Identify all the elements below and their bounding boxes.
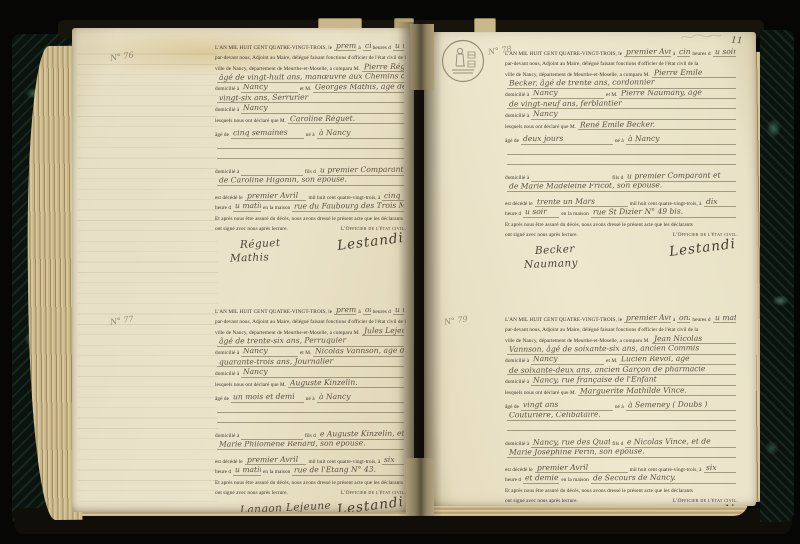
ruled-line: quarante-trois ans, Journalier [217, 358, 404, 367]
ruled-line [217, 158, 404, 159]
book-cover-right-marbled [760, 30, 794, 522]
hw-filiation-2: Marie Philomène Renard, son épouse. [217, 441, 368, 450]
right-page-entries: N° 78 L'AN MIL HUIT CENT QUATRE-VINGT-TR… [424, 32, 756, 506]
hw-declarant1-domicile: Nancy [241, 348, 270, 357]
hw-declarant2-domicile: Nancy [241, 368, 270, 377]
hw-meridiem: u matin [713, 314, 736, 323]
ruled-line [507, 164, 736, 165]
hw-deceased-name: Auguste Kinzelin. [288, 379, 360, 388]
ruled-line: vingt-six ans, Serrurier [217, 94, 404, 103]
printed-text: ont signé avec nous après lecture. [215, 490, 288, 498]
hw-death-date: premier Avril [535, 464, 590, 473]
printed-text: en la maison [263, 205, 290, 213]
printed-text: par-devant nous, Adjoint au Maire, délég… [505, 327, 698, 335]
ruled-line [507, 430, 736, 431]
signatures-block: Réguet Mathis Lestandi [215, 237, 406, 271]
hw-meridiem: u soir [713, 48, 736, 57]
printed-text: et M. [606, 92, 617, 100]
hw-death-date: premier Avril [245, 192, 300, 201]
hw-death-date: trente un Mars [535, 198, 597, 207]
hw-deceased-age: cinq semaines [231, 129, 290, 138]
printed-text: Et après nous être assuré du décès, nous… [505, 222, 693, 230]
hw-filiation-1: u premier Comparant, et [318, 166, 404, 175]
hw-deceased-age: vingt ans [521, 401, 560, 410]
signatures-block: Langon Lejeune Lestandi [215, 501, 406, 512]
hw-declarant2-name: Georges Mathis, âgé de [313, 84, 404, 93]
printed-text: par-devant nous, Adjoint au Maire, délég… [215, 319, 406, 327]
ruled-line [217, 412, 404, 413]
printed-text: lesquels nous ont déclaré que M. [215, 382, 286, 390]
hw-declarant2-details: vingt-six ans, Serrurier [217, 94, 310, 103]
printed-text: domicilié à [505, 92, 529, 100]
ruled-line: de Marie Madeleine Fricot, son épouse. [507, 183, 736, 192]
hw-declarant1-details: Becker, âgé de trente ans, cordonnier [507, 79, 657, 88]
printed-text: heure d [215, 469, 231, 477]
left-page-entries: N° 76 L'AN MIL HUIT CENT QUATRE-VINGT-TR… [72, 28, 414, 512]
ruled-line: âgé de trente-six ans, Perruquier [217, 337, 404, 346]
printed-text: lesquels nous ont déclaré que M. [505, 124, 576, 132]
hw-declarant2-name: Nicolas Vannson, âgé de [313, 348, 404, 357]
hw-birthplace: à Semeney ( Doubs ) [626, 401, 710, 410]
hw-death-meridiem: u soir [523, 208, 549, 217]
hw-hour: onze [363, 306, 371, 314]
printed-text: domicilié à [505, 113, 529, 121]
printed-text: domicilié à [505, 175, 529, 183]
printed-text: domicilié à [215, 371, 239, 379]
printed-text: domicilié à [505, 379, 529, 387]
hw-declarant2-details: de soixante-deux ans, ancien Garçon de p… [507, 366, 707, 375]
signature-declarant-1: Langon Lejeune [240, 499, 332, 512]
ruled-line: Marie Joséphine Perin, son épouse. [507, 449, 736, 458]
printed-text: mil huit cent quatre-vingt-trois, à [630, 467, 702, 475]
printed-text: heures d [373, 309, 391, 317]
printed-text: L'AN MIL HUIT CENT QUATRE-VINGT-TROIS, l… [215, 309, 332, 317]
ruled-line [507, 154, 736, 155]
ruled-line: Marie Philomène Renard, son épouse. [217, 441, 404, 450]
death-record-entry: N° 76 L'AN MIL HUIT CENT QUATRE-VINGT-TR… [72, 42, 414, 271]
printed-text: lesquels nous ont déclaré que M. [505, 390, 576, 398]
hw-death-hour: dix [704, 198, 720, 206]
hw-date: premier Avril [334, 306, 356, 315]
hw-declarant1-details: âgé de vingt-huit ans, manœuvre aux Chem… [217, 73, 404, 82]
printed-text: heures d [692, 51, 710, 59]
printed-text: Et après nous être assuré du décès, nous… [215, 216, 403, 224]
printed-text: âgé de [505, 404, 519, 412]
ruled-line: âgé de vingt-huit ans, manœuvre aux Chem… [217, 73, 404, 82]
hw-declarant1-name: Pierre Émile [652, 69, 704, 78]
printed-text: L'AN MIL HUIT CENT QUATRE-VINGT-TROIS, l… [215, 45, 332, 53]
hw-hour: cinq [363, 42, 371, 50]
hw-declarant2-details: quarante-trois ans, Journalier [217, 358, 335, 367]
printed-text: à [673, 317, 675, 325]
hw-deceased-age: deux jours [521, 135, 565, 144]
printed-text: domicilié à [215, 107, 239, 115]
printed-text: en la maison [561, 211, 588, 219]
printed-text: est décédé le [215, 459, 243, 467]
signatures-block: Becker Naumany Lestandi [505, 243, 738, 277]
hw-declarant1-domicile: Nancy [531, 356, 560, 365]
printed-text: à [673, 51, 675, 59]
hw-hour: onze [677, 314, 690, 322]
printed-text: par-devant nous, Adjoint au Maire, délég… [505, 61, 698, 69]
printed-text: ont signé avec nous après lecture. [215, 226, 288, 234]
hw-filiation-2: de Marie Madeleine Fricot, son épouse. [507, 183, 664, 192]
hw-birthplace: à Nancy [626, 135, 662, 144]
hw-declarant1-domicile: Nancy [531, 90, 560, 99]
signature-declarant-1: Becker [535, 243, 575, 257]
hw-date: premier Avril [334, 42, 356, 51]
printed-text: heure d [505, 477, 521, 485]
entry-margin-number: N° 77 [109, 314, 134, 326]
hw-meridiem: u matin [393, 42, 404, 51]
printed-text: lesquels nous ont déclaré que M. [215, 118, 286, 126]
ruled-line: de vingt-neuf ans, ferblantier [507, 100, 736, 109]
printed-text: domicilié à [215, 433, 239, 441]
printed-text: par-devant nous, Adjoint au Maire, délég… [215, 55, 406, 63]
printed-text: âgé de [215, 396, 229, 404]
signature-declarant-2: Naumany [523, 257, 577, 271]
entry-margin-number: N° 76 [109, 50, 134, 62]
hw-declarant1-name: Jules Lejeune [362, 327, 404, 336]
printed-text: domicilié à [505, 358, 529, 366]
hw-declarant2-domicile: Nancy, rue française de l'Enfant [531, 376, 659, 385]
hw-deceased-name: René Émile Becker. [578, 121, 657, 130]
signature-declarant-1: Réguet [240, 237, 281, 251]
hw-filiation-1: e Auguste Kinzelin, et de [318, 430, 404, 439]
printed-text: en la maison [561, 477, 588, 485]
printed-text: heure d [215, 205, 231, 213]
hw-declarant1-details: âgé de trente-six ans, Perruquier [217, 337, 348, 346]
register-left-page: N° 76 L'AN MIL HUIT CENT QUATRE-VINGT-TR… [72, 28, 414, 512]
hw-declarant2-details: de vingt-neuf ans, ferblantier [507, 100, 624, 109]
ruled-line [217, 422, 404, 423]
hw-declarant1-domicile: Nancy [241, 84, 270, 93]
printed-text: fils d [612, 441, 623, 449]
printed-text: fils d [305, 169, 316, 177]
hw-declarant2-name: Lucien Revol, âgé [619, 356, 692, 365]
hw-death-hour: cinq [382, 192, 402, 200]
hw-deceased-domicile: Nancy, rue des Quatre Maisons N° 38 du N… [531, 438, 610, 447]
death-record-entry: N° 79 L'AN MIL HUIT CENT QUATRE-VINGT-TR… [424, 314, 756, 506]
hw-death-house: rue du Faubourg des Trois Maisons N° 52. [292, 202, 404, 211]
printed-text: ville de Nancy, département de Meurthe-e… [215, 66, 360, 74]
printed-text: ville de Nancy, département de Meurthe-e… [215, 330, 360, 338]
entry-margin-number: N° 79 [443, 314, 468, 326]
death-record-entry: N° 77 L'AN MIL HUIT CENT QUATRE-VINGT-TR… [72, 306, 414, 512]
printed-text: mil huit cent quatre-vingt-trois, à [308, 195, 380, 203]
hw-deceased-name: Caroline Réguet. [288, 115, 357, 124]
hw-death-house: rue de l'Étang N° 43. [292, 466, 378, 475]
printed-text: à [358, 45, 360, 53]
printed-text: fils d [612, 175, 623, 183]
ruled-line: Becker, âgé de trente ans, cordonnier [507, 79, 736, 88]
printed-text: ont signé avec nous après lecture. [505, 232, 578, 240]
hw-death-meridiem: u matin [233, 202, 261, 211]
printed-text: et M. [606, 358, 617, 366]
hw-death-house: de Secours de Nancy. [591, 474, 678, 483]
hw-declarant1-name: Pierre Réguet [362, 63, 404, 72]
hw-death-meridiem: u matin [233, 466, 261, 475]
printed-text: mil huit cent quatre-vingt-trois, à [630, 201, 702, 209]
printed-text: mil huit cent quatre-vingt-trois, à [308, 459, 380, 467]
hw-declarant1-name: Jean Nicolas [652, 335, 704, 344]
hw-occupation: Couturière, Célibataire. [507, 412, 603, 421]
printed-text: né à [306, 396, 315, 404]
hw-birthplace: à Nancy [317, 393, 353, 402]
printed-text: heures d [373, 45, 391, 53]
ruled-line: de soixante-deux ans, ancien Garçon de p… [507, 366, 736, 375]
printed-text: né à [615, 138, 624, 146]
printed-text: né à [615, 404, 624, 412]
printed-text: ville de Nancy, département de Meurthe-e… [505, 338, 650, 346]
printed-text: domicilié à [505, 441, 529, 449]
hw-declarant2-domicile: Nancy [531, 110, 560, 119]
printed-text: domicilié à [215, 169, 239, 177]
printed-text: et M. [300, 86, 311, 94]
hw-filiation-1: e Nicolas Vince, et de [625, 438, 713, 447]
printed-text: est décédé le [505, 467, 533, 475]
printed-text: heures d [692, 317, 710, 325]
printed-text: ville de Nancy, département de Meurthe-e… [505, 72, 650, 80]
printed-text: né à [306, 132, 315, 140]
binding-tape-bottom [406, 458, 434, 514]
printed-text: L'AN MIL HUIT CENT QUATRE-VINGT-TROIS, l… [505, 51, 622, 59]
printed-text: domicilié à [215, 86, 239, 94]
printed-text: et M. [300, 350, 311, 358]
hw-death-hour: six [382, 456, 397, 464]
printed-text: est décédé le [505, 201, 533, 209]
hw-filiation-2: de Caroline Higonin, son épouse. [217, 177, 349, 186]
hw-filiation-1: u premier Comparant et [625, 172, 723, 181]
ruled-line: Vannson, âgé de soixante-six ans, ancien… [507, 345, 736, 354]
ruled-line: Couturière, Célibataire. [507, 412, 736, 421]
printed-text: âgé de [505, 138, 519, 146]
hw-declarant2-domicile: Nancy [241, 104, 270, 113]
hw-deceased-age: un mois et demi [231, 393, 297, 402]
hw-birthplace: à Nancy [317, 129, 353, 138]
hw-date: premier Avril [624, 48, 671, 57]
hw-death-date: premier Avril [245, 456, 300, 465]
hw-date: premier Avril [624, 314, 671, 323]
printed-text: heure d [505, 211, 521, 219]
printed-text: Et après nous être assuré du décès, nous… [505, 488, 693, 496]
printed-text: est décédé le [215, 195, 243, 203]
binding-tape-top [410, 24, 434, 90]
hw-declarant1-details: Vannson, âgé de soixante-six ans, ancien… [507, 345, 701, 354]
hw-meridiem: u matin [393, 306, 404, 315]
signature-declarant-2: Mathis [230, 251, 270, 264]
hw-death-hour: six [704, 464, 719, 472]
hw-hour: cinq [677, 48, 690, 56]
hw-death-meridiem: et demie du matin [523, 474, 559, 483]
death-record-entry: N° 78 L'AN MIL HUIT CENT QUATRE-VINGT-TR… [424, 48, 756, 277]
hw-declarant2-name: Pierre Naumany, âgé [619, 90, 704, 99]
ruled-line: de Caroline Higonin, son épouse. [217, 177, 404, 186]
printed-text: L'AN MIL HUIT CENT QUATRE-VINGT-TROIS, l… [505, 317, 622, 325]
hw-deceased-name: Marguerite Mathilde Vince. [578, 387, 689, 396]
printed-text: à [358, 309, 360, 317]
printed-text: âgé de [215, 132, 229, 140]
printed-text: domicilié à [215, 350, 239, 358]
printed-text: ont signé avec nous après lecture. [505, 498, 578, 506]
printed-text: Et après nous être assuré du décès, nous… [215, 480, 403, 488]
photograph-of-open-register: { "palette":{"background":"#060605","pap… [0, 0, 800, 544]
printed-text: fils d [305, 433, 316, 441]
hw-death-house: rue St Dizier N° 49 bis. [591, 208, 685, 217]
ruled-line [217, 148, 404, 149]
printed-text: en la maison [263, 469, 290, 477]
hw-filiation-2: Marie Joséphine Perin, son épouse. [507, 449, 647, 458]
register-right-page: 11 N° 78 L'AN MIL HUIT CENT QUATRE-VINGT… [424, 32, 756, 506]
